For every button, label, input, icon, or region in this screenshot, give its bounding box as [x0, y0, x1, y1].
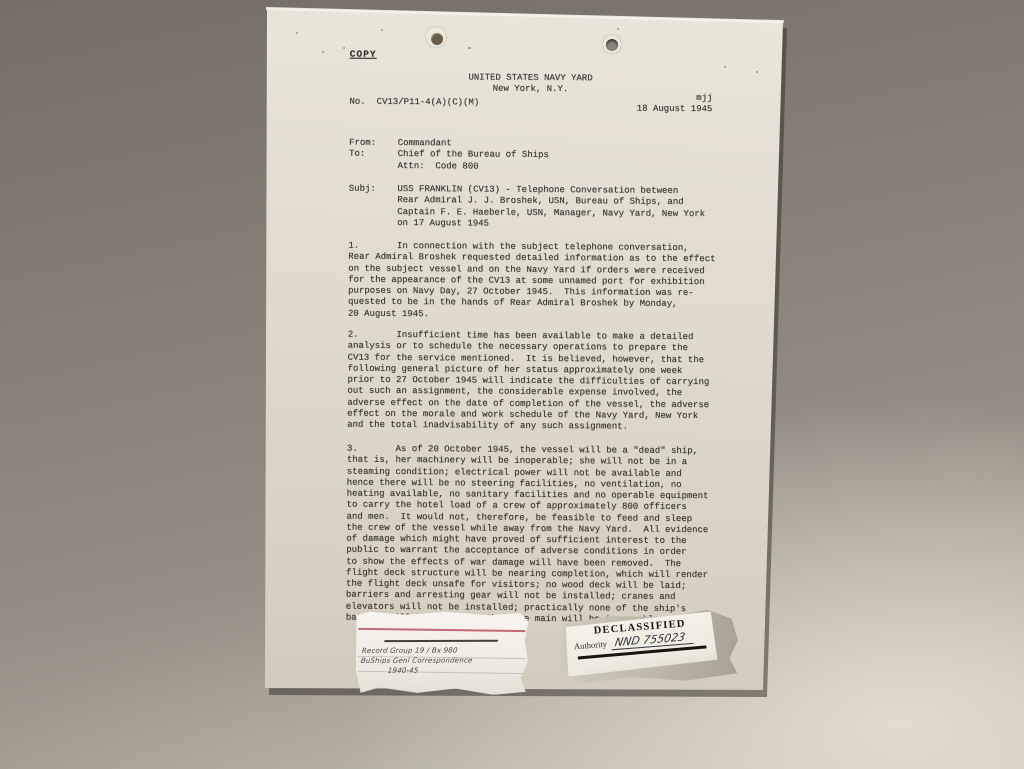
- archival-note-line2: BuShips Genl Correspondence: [360, 655, 473, 665]
- archival-note-text: Record Group 19 / Bx 980BuShips Genl Cor…: [359, 645, 474, 675]
- subject-block: Subj: USS FRANKLIN (CV13) - Telephone Co…: [348, 184, 705, 231]
- punch-hole-right: [603, 35, 621, 53]
- scrap-pen-line: [384, 640, 498, 642]
- paragraph-2: 2. Insufficient time has been available …: [347, 330, 710, 434]
- address-block: From: Commandant To: Chief of the Bureau…: [349, 138, 549, 173]
- reference-number: CV13/P11-4(A)(C)(M): [377, 97, 480, 108]
- document-date: 18 August 1945: [549, 103, 712, 115]
- paragraph-1: 1. In connection with the subject teleph…: [348, 241, 716, 322]
- punch-hole-right-pit: [606, 39, 618, 51]
- photo-scene: COPY UNITED STATES NAVY YARDNew York, N.…: [0, 0, 1024, 769]
- copy-stamp: COPY: [350, 49, 377, 60]
- reference-label: No.: [349, 97, 365, 107]
- archival-note-line1: Record Group 19 / Bx 980: [361, 645, 474, 655]
- authority-label: Authority: [574, 639, 608, 652]
- punch-hole-left: [426, 27, 446, 47]
- typist-date-block: mjj18 August 1945: [549, 92, 712, 116]
- punch-hole-left-pit: [431, 33, 443, 45]
- paragraph-3: 3. As of 20 October 1945, the vessel wil…: [346, 444, 709, 627]
- reference-line: No.CV13/P11-4(A)(C)(M): [349, 97, 479, 109]
- scrap-red-rule: [358, 628, 525, 632]
- archival-note-scrap: Record Group 19 / Bx 980BuShips Genl Cor…: [355, 611, 528, 695]
- archival-note-line3: 1940-45: [387, 665, 472, 675]
